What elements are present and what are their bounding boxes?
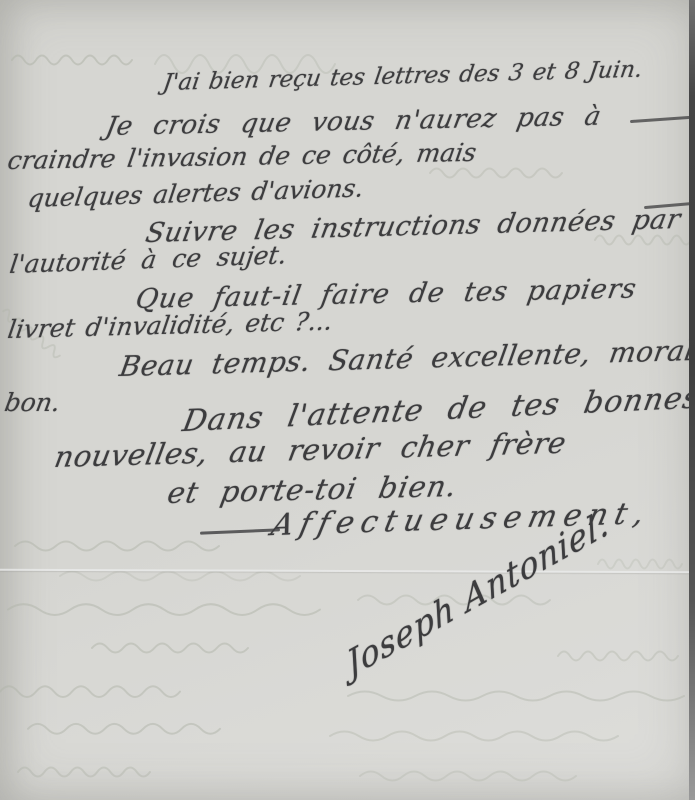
page-edge-shadow [689,0,695,800]
bleed-through-mark [0,686,180,697]
bleed-through-mark [92,644,248,653]
handwritten-line-10: bon. [2,388,62,417]
bleed-through-mark [558,652,678,661]
bleed-through-mark [430,169,562,178]
bleed-through-mark [60,572,300,581]
bleed-through-mark [12,56,132,65]
bleed-through-mark [15,542,219,551]
scanned-letter-page: J'ai bien reçu tes lettres des 3 et 8 Ju… [0,0,695,800]
bleed-through-mark [360,772,576,781]
bleed-through-mark [348,692,684,701]
bleed-through-mark [8,604,320,615]
bleed-through-mark [598,560,682,569]
bleed-through-mark [18,768,150,777]
bleed-through-mark [28,724,220,734]
bleed-through-mark [330,732,618,741]
